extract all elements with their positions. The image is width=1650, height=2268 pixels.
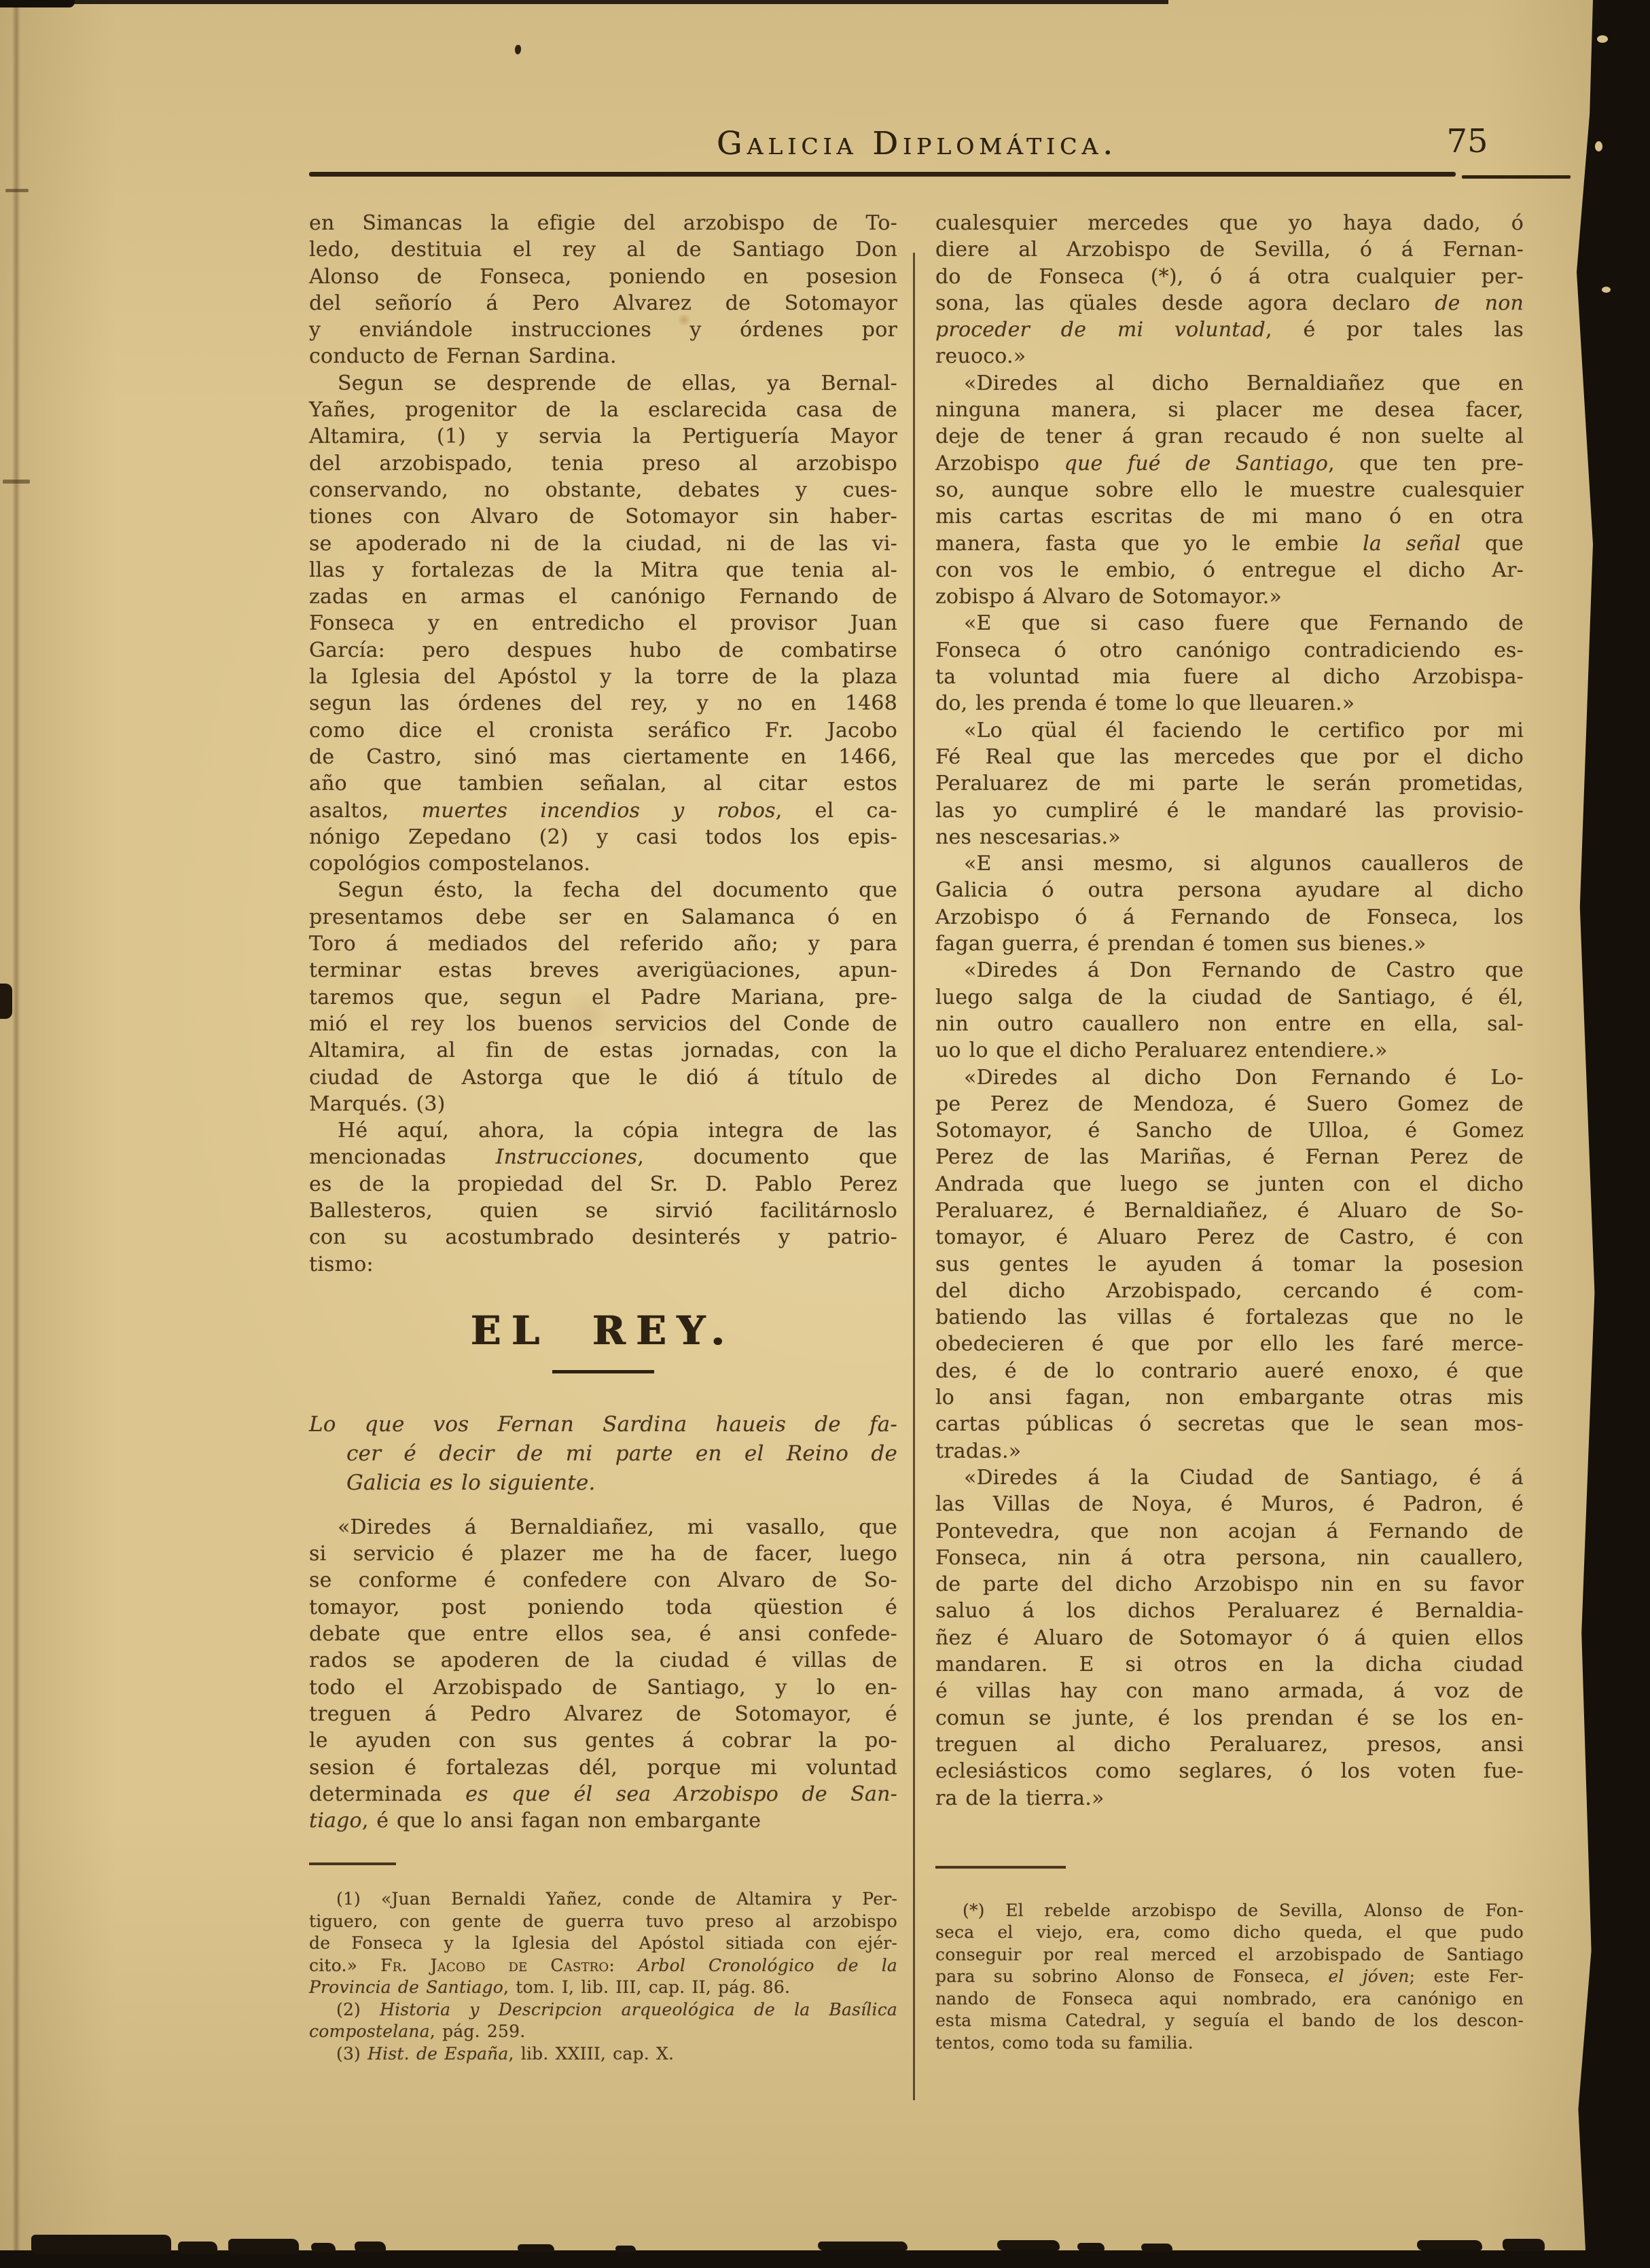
footnote-paragraph: (*) El rebelde arzobispo de Sevilla, Alo… [935,1900,1524,2055]
text-line: Sotomayor, é Sancho de Ulloa, é Gomez [935,1117,1524,1144]
paragraph: cualesquier mercedes que yo haya dado, ó… [935,210,1524,370]
text-line: nando de Fonseca aqui nombrado, era canó… [935,1988,1524,2011]
text-line: do de Fonseca (*), ó á otra cualquier pe… [935,264,1524,290]
text-line: para su sobrino Alonso de Fonseca, el jó… [935,1966,1524,1988]
text-line: rados se apoderen de la ciudad é villas … [309,1647,897,1674]
text-line: ta voluntad mia fuere al dicho Arzobispa… [935,664,1524,690]
bleedthrough-mark [518,2244,554,2252]
text-line: de parte del dicho Arzobispo nin en su f… [935,1571,1524,1598]
text-line: año que tambien señalan, al citar estos [309,770,897,797]
text-line: Segun se desprende de ellas, ya Bernal- [309,370,897,397]
bleedthrough-mark [818,2242,908,2250]
text-line: lo ansi fagan, non embargante otras mis [935,1384,1524,1411]
text-line: la Iglesia del Apóstol y la torre de la … [309,664,897,690]
text-line: esta misma Catedral, y seguía el bando d… [935,2010,1524,2032]
text-line: tentos, como toda su familia. [935,2032,1524,2055]
text-line: «Diredes á Bernaldiañez, mi vasallo, que [309,1514,897,1541]
text-line: Perez de las Mariñas, é Fernan Perez de [935,1144,1524,1170]
paper-chip [1595,141,1602,151]
text-line: Andrada que luego se junten con el dicho [935,1171,1524,1198]
paragraph: «Diredes á la Ciudad de Santiago, é álas… [935,1464,1524,1812]
bleedthrough-mark [1503,2239,1545,2251]
text-line: uo lo que el dicho Peraluarez entendiere… [935,1037,1524,1064]
text-line: en Simancas la efigie del arzobispo de T… [309,210,897,236]
text-line: del señorío á Pero Alvarez de Sotomayor [309,290,897,317]
text-line: asaltos, muertes incendios y robos, el c… [309,797,897,824]
text-line: se conforme é confedere con Alvaro de So… [309,1567,897,1594]
footnote-rule [309,1862,396,1865]
text-line: fagan guerra, é prendan é tomen sus bien… [935,931,1524,957]
journal-title: Galicia Diplomática. [309,125,1525,162]
section-heading: EL REY. [309,1309,897,1352]
text-line: las yo cumpliré é le mandaré las provisi… [935,797,1524,824]
text-line: determinada es que él sea Arzobispo de S… [309,1781,897,1807]
footnote-paragraph: (2) Historia y Descripcion arqueológica … [309,1999,897,2043]
text-line: tiago, é que lo ansi fagan non embargant… [309,1807,897,1834]
text-line: comun se junte, é los prendan é se los e… [935,1705,1524,1731]
text-line: mis cartas escritas de mi mano ó en otra [935,503,1524,530]
paragraph: Lo que vos Fernan Sardina haueis de fa-c… [309,1410,897,1498]
text-line: Arzobispo que fué de Santiago, que ten p… [935,450,1524,477]
text-line: (3) Hist. de España, lib. XXIII, cap. X. [309,2043,897,2066]
text-line: ra de la tierra.» [935,1785,1524,1812]
text-line: conseguir por real merced el arzobispado… [935,1944,1524,1966]
text-line: y enviándole instrucciones y órdenes por [309,317,897,343]
bleedthrough-mark [178,2242,217,2254]
crease-mark [5,189,29,192]
text-line: so, aunque sobre ello le muestre cualesq… [935,477,1524,503]
scanned-page: Galicia Diplomática. 75 en Simancas la e… [0,0,1650,2268]
text-line: «Diredes á Don Fernando de Castro que [935,957,1524,984]
page-number: 75 [1413,122,1522,160]
text-line: (2) Historia y Descripcion arqueológica … [309,1999,897,2021]
text-line: es de la propiedad del Sr. D. Pablo Pere… [309,1171,897,1198]
foxing-spot [429,352,439,360]
text-line: las Villas de Noya, é Muros, é Padron, é [935,1491,1524,1517]
text-line: tradas.» [935,1438,1524,1464]
text-line: pe Perez de Mendoza, é Suero Gomez de [935,1091,1524,1117]
bleedthrough-mark [615,2246,636,2252]
text-line: debate que entre ellos sea, é ansi confe… [309,1621,897,1647]
text-line: Pontevedra, que non acojan á Fernando de [935,1518,1524,1545]
text-line: Fé Real que las mercedes que por el dich… [935,744,1524,770]
text-line: presentamos debe ser en Salamanca ó en [309,904,897,931]
paragraph: Hé aquí, ahora, la cópia integra de lasm… [309,1117,897,1278]
text-line: Peraluarez de mi parte le serán prometid… [935,770,1524,797]
text-line: Galicia ó outra persona ayudare al dicho [935,877,1524,903]
text-line: cualesquier mercedes que yo haya dado, ó [935,210,1524,236]
text-line: obedecieren é que por ello les faré merc… [935,1331,1524,1357]
text-line: Segun ésto, la fecha del documento que [309,877,897,903]
text-line: cartas públicas ó secretas que le sean m… [935,1411,1524,1437]
text-line: sus gentes le ayuden á tomar la posesion [935,1251,1524,1278]
text-line: segun las órdenes del rey, y no en 1468 [309,690,897,717]
paragraph: «Diredes á Bernaldiañez, mi vasallo, que… [309,1514,897,1835]
text-line: mandaren. E si otros en la dicha ciudad [935,1651,1524,1678]
text-line: «Diredes á la Ciudad de Santiago, é á [935,1464,1524,1491]
text-line: sona, las qüales desde agora declaro de … [935,290,1524,317]
text-line: treguen al dicho Peraluarez, presos, ans… [935,1731,1524,1758]
text-line: conservando, no obstante, debates y cues… [309,477,897,503]
text-line: terminar estas breves averigüaciones, ap… [309,957,897,984]
header-rule [309,172,1456,177]
paragraph: en Simancas la efigie del arzobispo de T… [309,210,897,370]
text-line: conducto de Fernan Sardina. [309,343,897,370]
text-line: mencionadas Instrucciones, documento que [309,1144,897,1170]
paragraph: «Diredes á Don Fernando de Castro quelue… [935,957,1524,1064]
text-line: saluo á los dichos Peraluarez é Bernaldi… [935,1598,1524,1624]
text-line: tiguero, con gente de guerra tuvo preso … [309,1911,897,1933]
scan-edge-top [0,0,1168,4]
text-line: (1) «Juan Bernaldi Yañez, conde de Altam… [309,1888,897,1911]
text-line: con vos le embio, ó entregue el dicho Ar… [935,557,1524,583]
text-line: Peraluarez, é Bernaldiañez, é Aluaro de … [935,1198,1524,1224]
text-line: nin outro cauallero non entre en ella, s… [935,1011,1524,1037]
text-line: Galicia es lo siguiente. [309,1469,897,1498]
bleedthrough-mark [311,2243,336,2252]
left-column: en Simancas la efigie del arzobispo de T… [309,210,897,2065]
text-line: diere al Arzobispo de Sevilla, ó á Ferna… [935,236,1524,263]
text-line: do, les prenda é tome lo que lleuaren.» [935,690,1524,717]
text-line: Altamira, (1) y servia la Pertiguería Ma… [309,423,897,450]
foxing-spot [677,314,692,326]
text-line: zadas en armas el canónigo Fernando de [309,583,897,610]
bleedthrough-mark [1141,2244,1172,2252]
right-column: cualesquier mercedes que yo haya dado, ó… [935,210,1524,2054]
text-line: (*) El rebelde arzobispo de Sevilla, Alo… [935,1900,1524,1922]
text-line: García: pero despues hubo de combatirse [309,637,897,664]
text-line: cer é decir de mi parte en el Reino de [309,1439,897,1469]
bleedthrough-mark [997,2240,1060,2250]
bleedthrough-mark [355,2242,386,2252]
text-line: Fonseca, nin á otra persona, nin caualle… [935,1545,1524,1571]
text-line: deje de tener á gran recaudo é non suelt… [935,423,1524,450]
footnote-rule [935,1866,1066,1869]
text-line: si servicio é plazer me ha de facer, lue… [309,1541,897,1567]
scan-edge-right [1568,0,1650,2268]
paragraph: «Lo qüal él faciendo le certifico por mi… [935,717,1524,850]
text-line: reuoco.» [935,343,1524,370]
scan-edge-corner [0,0,75,7]
text-line: copológios compostelanos. [309,850,897,877]
text-line: ñez é Aluaro de Sotomayor ó á quien ello… [935,1625,1524,1651]
text-line: Lo que vos Fernan Sardina haueis de fa- [309,1410,897,1439]
paragraph: «E ansi mesmo, si algunos caualleros deG… [935,850,1524,957]
text-line: del arzobispado, tenia preso al arzobisp… [309,450,897,477]
text-line: nónigo Zepedano (2) y casi todos los epi… [309,824,897,850]
paper-chip [1602,287,1611,293]
text-line: luego salga de la ciudad de Santiago, é … [935,984,1524,1011]
bleedthrough-mark [31,2235,171,2254]
text-line: de Castro, sinó mas ciertamente en 1466, [309,744,897,770]
text-line: «Lo qüal él faciendo le certifico por mi [935,717,1524,744]
text-line: «Diredes al dicho Bernaldiañez que en [935,370,1524,397]
text-line: compostelana, pág. 259. [309,2021,897,2043]
text-line: Arzobispo ó á Fernando de Fonseca, los [935,904,1524,931]
text-line: batiendo las villas é fortalezas que no … [935,1304,1524,1331]
text-line: llas y fortalezas de la Mitra que tenia … [309,557,897,583]
text-line: como dice el cronista seráfico Fr. Jacob… [309,717,897,744]
text-line: tiones con Alvaro de Sotomayor sin haber… [309,503,897,530]
text-line: é villas hay con mano armada, á voz de [935,1678,1524,1704]
text-line: Altamira, al fin de estas jornadas, con … [309,1037,897,1064]
ink-speck [515,45,521,54]
text-line: «Diredes al dicho Don Fernando é Lo- [935,1064,1524,1091]
text-line: Hé aquí, ahora, la cópia integra de las [309,1117,897,1144]
paragraph: «Diredes al dicho Don Fernando é Lo-pe P… [935,1064,1524,1464]
text-line: tomayor, é Aluaro Perez de Castro, é con [935,1224,1524,1250]
text-line: con su acostumbrado desinterés y patrio- [309,1224,897,1250]
text-line: ledo, destituia el rey al de Santiago Do… [309,236,897,263]
text-line: Provincia de Santiago, tom. I, lib. III,… [309,1977,897,1999]
text-line: se apoderado ni de la ciudad, ni de las … [309,530,897,557]
text-line: todo el Arzobispado de Santiago, y lo en… [309,1674,897,1701]
text-line: proceder de mi voluntad, é por tales las [935,317,1524,343]
bleedthrough-mark [228,2239,299,2254]
text-line: nes nescesarias.» [935,824,1524,850]
text-line: seca el viejo, era, como dicho queda, el… [935,1922,1524,1944]
column-divider-rule [913,253,915,2100]
edge-blot [0,984,12,1019]
text-line: Marqués. (3) [309,1091,897,1117]
header-rule-right-segment [1462,175,1571,179]
bleedthrough-mark [1417,2240,1482,2250]
text-line: Fonseca ó otro canónigo contradiciendo e… [935,637,1524,664]
text-line: Toro á mediados del referido año; y para [309,931,897,957]
paper-chip [1597,35,1608,43]
text-line: treguen á Pedro Alvarez de Sotomayor, é [309,1701,897,1727]
footnote-paragraph: (3) Hist. de España, lib. XXIII, cap. X. [309,2043,897,2066]
crease-mark [3,480,30,484]
text-line: «E que si caso fuere que Fernando de [935,610,1524,636]
paragraph: «Diredes al dicho Bernaldiañez que ennin… [935,370,1524,611]
text-line: tismo: [309,1251,897,1278]
paragraph: Segun se desprende de ellas, ya Bernal-Y… [309,370,897,878]
text-line: eclesiásticos como seglares, ó los voten… [935,1758,1524,1784]
text-line: tomayor, post poniendo toda qüestion é [309,1594,897,1621]
text-line: manera, fasta que yo le embie la señal q… [935,530,1524,557]
paragraph: «E que si caso fuere que Fernando deFons… [935,610,1524,717]
text-line: sesion é fortalezas dél, porque mi volun… [309,1754,897,1781]
text-line: le ayuden con sus gentes á cobrar la po- [309,1727,897,1754]
stain [802,1929,876,1983]
text-line: des, é de lo contrario aueré enoxo, é qu… [935,1358,1524,1384]
text-line: Alonso de Fonseca, poniendo en posesion [309,264,897,290]
text-line: ciudad de Astorga que le dió á título de [309,1064,897,1091]
bleedthrough-mark [1077,2243,1105,2251]
stain [557,992,618,1039]
text-line: Fonseca y en entredicho el provisor Juan [309,610,897,636]
text-line: zobispo á Alvaro de Sotomayor.» [935,583,1524,610]
heading-rule [552,1370,654,1373]
text-line: del dicho Arzobispado, cercando é com- [935,1278,1524,1304]
text-line: ninguna manera, si placer me desea facer… [935,397,1524,423]
text-line: «E ansi mesmo, si algunos caualleros de [935,850,1524,877]
text-line: Ballesteros, quien se sirvió facilitárno… [309,1198,897,1224]
binding-crease [12,0,20,2268]
text-line: Yañes, progenitor de la esclarecida casa… [309,397,897,423]
